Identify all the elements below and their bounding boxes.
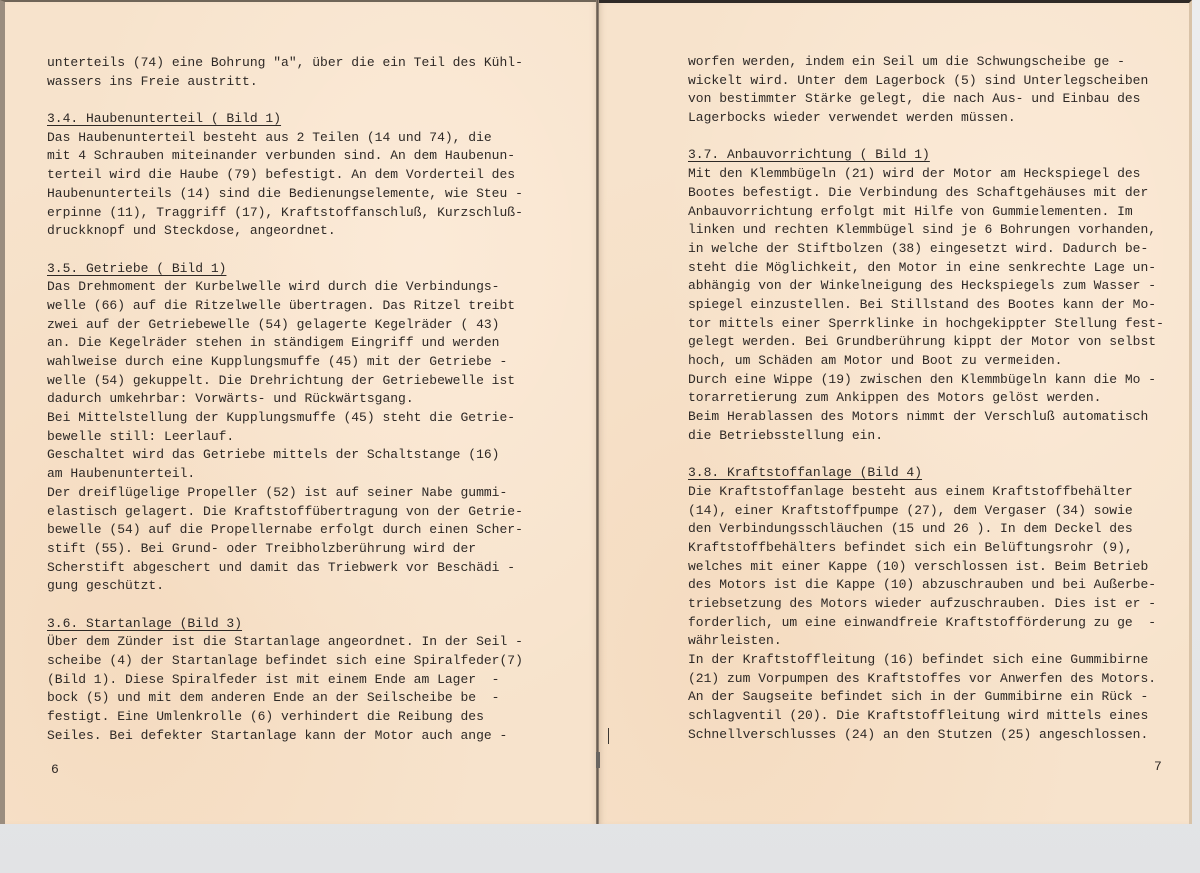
text-line: worfen werden, indem ein Seil um die Sch… <box>688 53 1164 72</box>
text-line: schlagventil (20). Die Kraftstoffleitung… <box>688 707 1164 726</box>
text-line: triebsetzung des Motors wieder aufzuschr… <box>688 595 1164 614</box>
text-line: (21) zum Vorpumpen des Kraftstoffes vor … <box>688 670 1164 689</box>
text-line: bewelle (54) auf die Propellernabe erfol… <box>47 521 523 540</box>
text-line: erpinne (11), Traggriff (17), Kraftstoff… <box>47 204 523 223</box>
text-line: Geschaltet wird das Getriebe mittels der… <box>47 446 523 465</box>
text-line: Kraftstoffbehälters befindet sich ein Be… <box>688 539 1164 558</box>
text-line: unterteils (74) eine Bohrung "a", über d… <box>47 54 523 73</box>
book-spine <box>596 0 599 824</box>
section-heading: 3.5. Getriebe ( Bild 1) <box>47 260 523 279</box>
text-line: zwei auf der Getriebewelle (54) gelagert… <box>47 316 523 335</box>
section-heading-text: 3.7. Anbauvorrichtung ( Bild 1) <box>688 147 930 162</box>
text-line: elastisch gelagert. Die Kraftstoffübertr… <box>47 503 523 522</box>
text-line: die Betriebsstellung ein. <box>688 427 1164 446</box>
booklet-spread: unterteils (74) eine Bohrung "a", über d… <box>0 0 1192 824</box>
text-line: Das Drehmoment der Kurbelwelle wird durc… <box>47 278 523 297</box>
text-line: wassers ins Freie austritt. <box>47 73 523 92</box>
text-line: scheibe (4) der Startanlage befindet sic… <box>47 652 523 671</box>
text-line: gelegt werden. Bei Grundberührung kippt … <box>688 333 1164 352</box>
text-line: In der Kraftstoffleitung (16) befindet s… <box>688 651 1164 670</box>
text-line: torarretierung zum Ankippen des Motors g… <box>688 389 1164 408</box>
text-line: An der Saugseite befindet sich in der Gu… <box>688 688 1164 707</box>
text-line: Seiles. Bei defekter Startanlage kann de… <box>47 727 523 746</box>
text-line: terteil wird die Haube (79) befestigt. A… <box>47 166 523 185</box>
text-line: steht die Möglichkeit, den Motor in eine… <box>688 259 1164 278</box>
section-heading: 3.8. Kraftstoffanlage (Bild 4) <box>688 464 1164 483</box>
text-line: Die Kraftstoffanlage besteht aus einem K… <box>688 483 1164 502</box>
section-heading: 3.6. Startanlage (Bild 3) <box>47 615 523 634</box>
text-line: in welche der Stiftbolzen (38) eingesetz… <box>688 240 1164 259</box>
text-line: spiegel einzustellen. Bei Stillstand des… <box>688 296 1164 315</box>
text-line: welle (54) gekuppelt. Die Drehrichtung d… <box>47 372 523 391</box>
right-page-text: worfen werden, indem ein Seil um die Sch… <box>688 53 1164 744</box>
text-line: Haubenunterteils (14) sind die Bedienung… <box>47 185 523 204</box>
section-heading-text: 3.8. Kraftstoffanlage (Bild 4) <box>688 465 922 480</box>
text-line: Mit den Klemmbügeln (21) wird der Motor … <box>688 165 1164 184</box>
text-line: Beim Herablassen des Motors nimmt der Ve… <box>688 408 1164 427</box>
text-line: an. Die Kegelräder stehen in ständigem E… <box>47 334 523 353</box>
section-heading-text: 3.6. Startanlage (Bild 3) <box>47 616 242 631</box>
left-page: unterteils (74) eine Bohrung "a", über d… <box>0 0 598 824</box>
blank-line <box>688 128 1164 147</box>
section-heading: 3.4. Haubenunterteil ( Bild 1) <box>47 110 523 129</box>
right-page: worfen werden, indem ein Seil um die Sch… <box>598 0 1192 824</box>
text-line: welches mit einer Kappe (10) verschlosse… <box>688 558 1164 577</box>
text-line: festigt. Eine Umlenkrolle (6) verhindert… <box>47 708 523 727</box>
text-line: gung geschützt. <box>47 577 523 596</box>
text-line: Über dem Zünder ist die Startanlage ange… <box>47 633 523 652</box>
text-line: mit 4 Schrauben miteinander verbunden si… <box>47 147 523 166</box>
text-line: stift (55). Bei Grund- oder Treibholzber… <box>47 540 523 559</box>
text-line: welle (66) auf die Ritzelwelle übertrage… <box>47 297 523 316</box>
text-line: abhängig von der Winkelneigung des Hecks… <box>688 277 1164 296</box>
text-line: von bestimmter Stärke gelegt, die nach A… <box>688 90 1164 109</box>
page-number-left: 6 <box>51 762 59 777</box>
text-line: Schnellverschlusses (24) an den Stutzen … <box>688 726 1164 745</box>
section-heading: 3.7. Anbauvorrichtung ( Bild 1) <box>688 146 1164 165</box>
text-line: tor mittels einer Sperrklinke in hochgek… <box>688 315 1164 334</box>
blank-line <box>47 241 523 260</box>
section-heading-text: 3.4. Haubenunterteil ( Bild 1) <box>47 111 281 126</box>
text-line: währleisten. <box>688 632 1164 651</box>
text-line: Lagerbocks wieder verwendet werden müsse… <box>688 109 1164 128</box>
text-line: den Verbindungsschläuchen (15 und 26 ). … <box>688 520 1164 539</box>
text-line: bewelle still: Leerlauf. <box>47 428 523 447</box>
text-line: des Motors ist die Kappe (10) abzuschrau… <box>688 576 1164 595</box>
text-line: (14), einer Kraftstoffpumpe (27), dem Ve… <box>688 502 1164 521</box>
text-line: druckknopf und Steckdose, angeordnet. <box>47 222 523 241</box>
pencil-mark <box>608 728 609 744</box>
blank-line <box>47 596 523 615</box>
text-line: Bei Mittelstellung der Kupplungsmuffe (4… <box>47 409 523 428</box>
text-line: forderlich, um eine einwandfreie Kraftst… <box>688 614 1164 633</box>
text-line: (Bild 1). Diese Spiralfeder ist mit eine… <box>47 671 523 690</box>
left-page-text: unterteils (74) eine Bohrung "a", über d… <box>47 54 523 745</box>
text-line: hoch, um Schäden am Motor und Boot zu ve… <box>688 352 1164 371</box>
page-number-right: 7 <box>1154 759 1162 774</box>
text-line: linken und rechten Klemmbügel sind je 6 … <box>688 221 1164 240</box>
staple <box>596 752 600 768</box>
blank-line <box>47 91 523 110</box>
blank-line <box>688 445 1164 464</box>
section-heading-text: 3.5. Getriebe ( Bild 1) <box>47 261 226 276</box>
text-line: Durch eine Wippe (19) zwischen den Klemm… <box>688 371 1164 390</box>
text-line: bock (5) und mit dem anderen Ende an der… <box>47 689 523 708</box>
text-line: Scherstift abgeschert und damit das Trie… <box>47 559 523 578</box>
text-line: Das Haubenunterteil besteht aus 2 Teilen… <box>47 129 523 148</box>
text-line: wahlweise durch eine Kupplungsmuffe (45)… <box>47 353 523 372</box>
text-line: am Haubenunterteil. <box>47 465 523 484</box>
text-line: wickelt wird. Unter dem Lagerbock (5) si… <box>688 72 1164 91</box>
text-line: Anbauvorrichtung erfolgt mit Hilfe von G… <box>688 203 1164 222</box>
text-line: Bootes befestigt. Die Verbindung des Sch… <box>688 184 1164 203</box>
text-line: dadurch umkehrbar: Vorwärts- und Rückwär… <box>47 390 523 409</box>
text-line: Der dreiflügelige Propeller (52) ist auf… <box>47 484 523 503</box>
